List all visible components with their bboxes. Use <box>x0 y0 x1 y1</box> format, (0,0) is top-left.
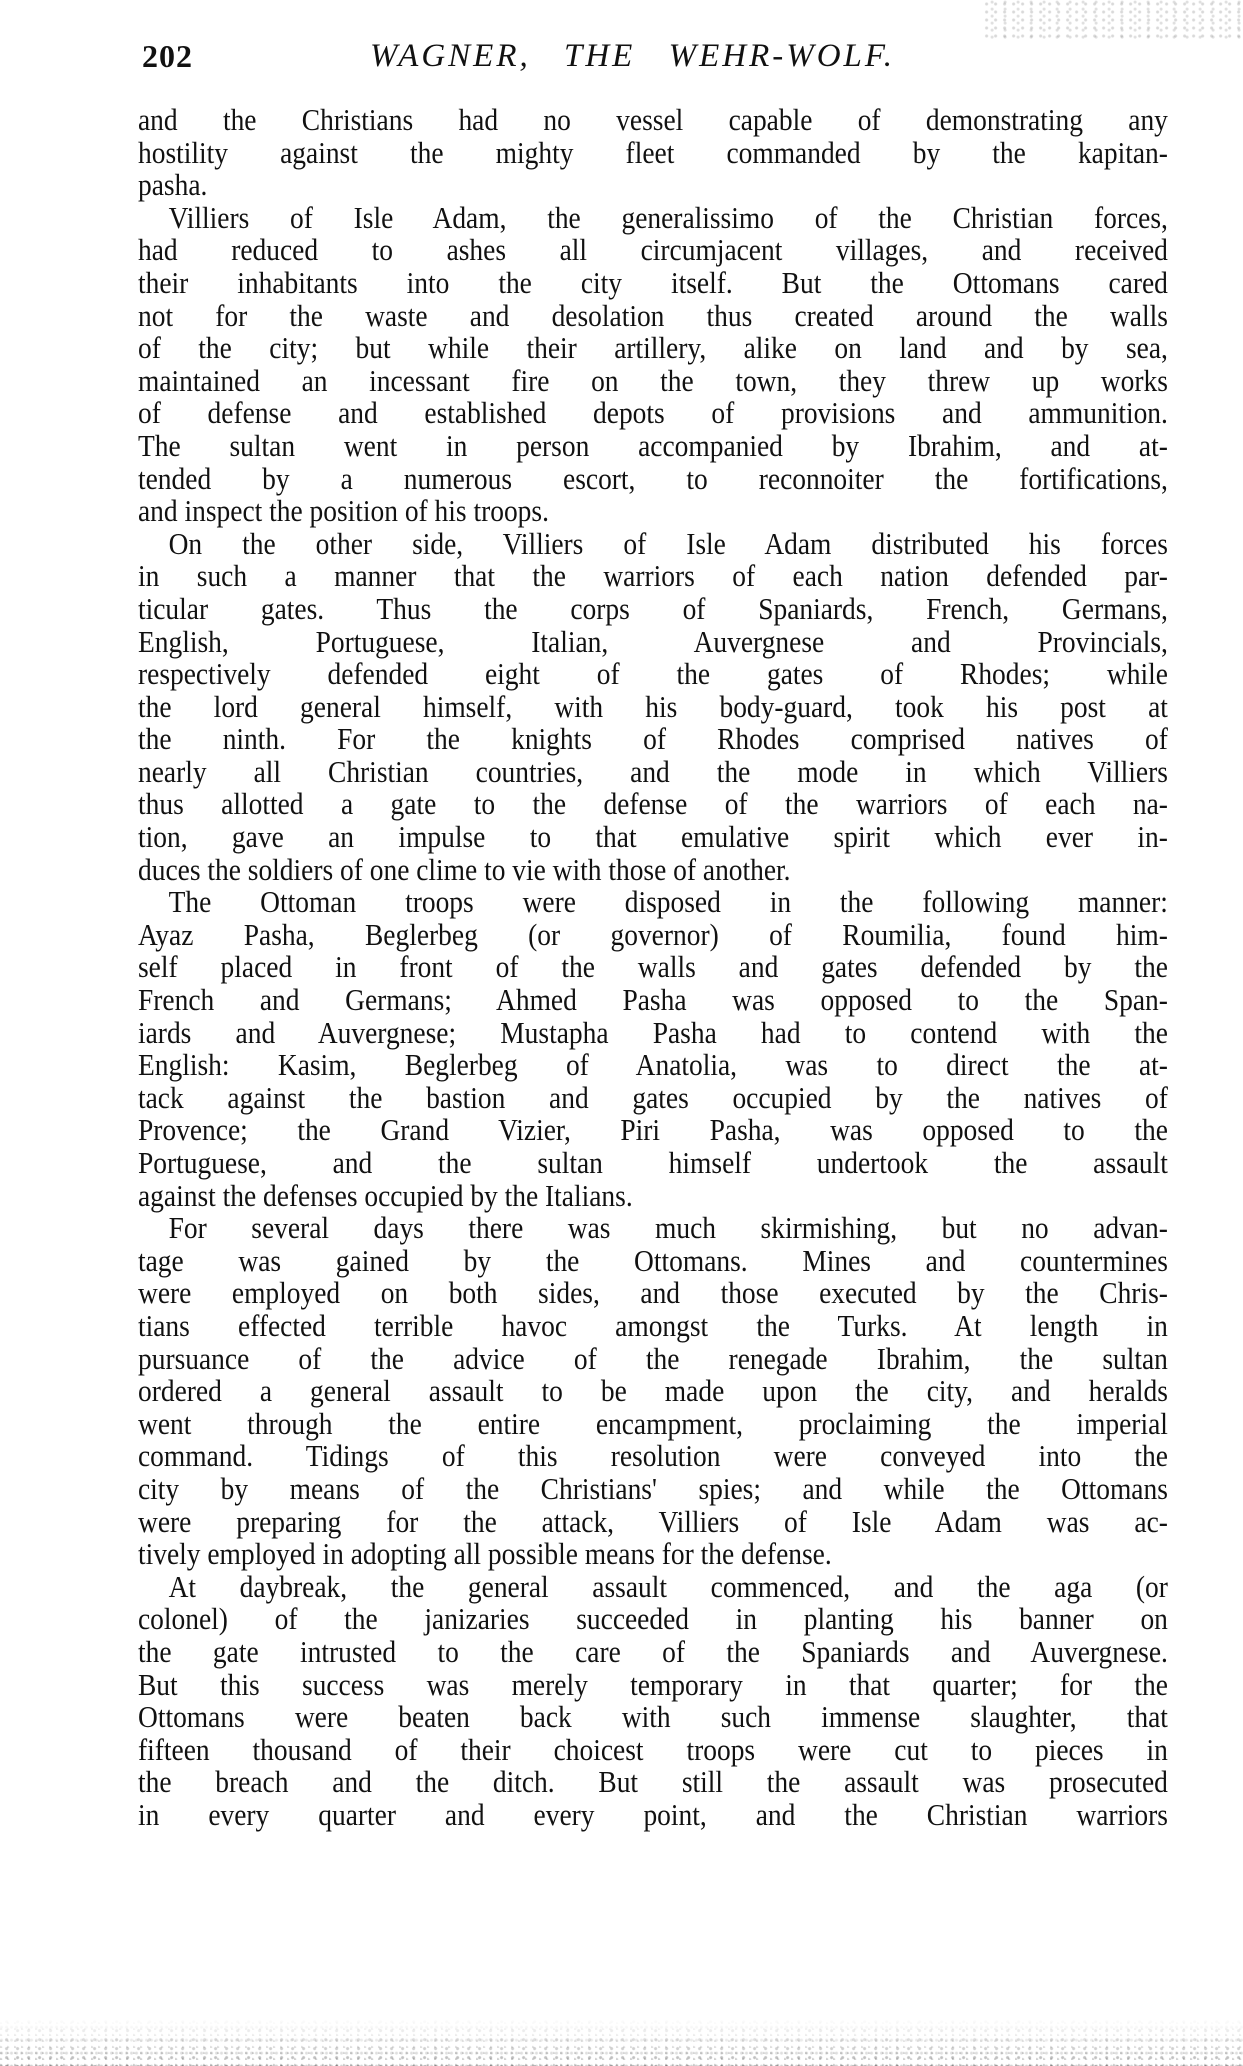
page-number: 202 <box>142 38 193 75</box>
text-line: English: Kasim, Beglerbeg of Anatolia, w… <box>138 1049 1168 1082</box>
text-line: of defense and established depots of pro… <box>138 397 1168 430</box>
paragraph: On the other side, Villiers of Isle Adam… <box>138 528 1168 887</box>
text-line: maintained an incessant fire on the town… <box>138 365 1168 398</box>
text-line: the breach and the ditch. But still the … <box>138 1766 1168 1799</box>
text-line: had reduced to ashes all circumjacent vi… <box>138 234 1168 267</box>
text-line: Portuguese, and the sultan himself under… <box>138 1147 1168 1180</box>
text-line: For several days there was much skirmish… <box>138 1212 1168 1245</box>
text-line: not for the waste and desolation thus cr… <box>138 300 1168 333</box>
text-line: fifteen thousand of their choicest troop… <box>138 1734 1168 1767</box>
text-line: tage was gained by the Ottomans. Mines a… <box>138 1245 1168 1278</box>
text-line: and inspect the position of his troops. <box>138 495 1168 528</box>
text-line: tively employed in adopting all possible… <box>138 1538 1168 1571</box>
text-line: duces the soldiers of one clime to vie w… <box>138 854 1168 887</box>
text-line: were preparing for the attack, Villiers … <box>138 1506 1168 1539</box>
paragraph: Villiers of Isle Adam, the generalissimo… <box>138 202 1168 528</box>
text-line: hostility against the mighty fleet comma… <box>138 137 1168 170</box>
page-header: 202 WAGNER, THE WEHR-WOLF. <box>142 38 1167 82</box>
text-line: the gate intrusted to the care of the Sp… <box>138 1636 1168 1669</box>
scan-artifact-bottom <box>0 2018 1243 2066</box>
text-line: self placed in front of the walls and ga… <box>138 951 1168 984</box>
text-line: tended by a numerous escort, to reconnoi… <box>138 463 1168 496</box>
text-line: in every quarter and every point, and th… <box>138 1799 1168 1832</box>
text-line: But this success was merely temporary in… <box>138 1669 1168 1702</box>
running-title: WAGNER, THE WEHR-WOLF. <box>370 38 895 75</box>
text-line: The Ottoman troops were disposed in the … <box>138 886 1168 919</box>
body-text: and the Christians had no vessel capable… <box>138 104 1168 1831</box>
text-line: their inhabitants into the city itself. … <box>138 267 1168 300</box>
text-line: went through the entire encampment, proc… <box>138 1408 1168 1441</box>
text-line: against the defenses occupied by the Ita… <box>138 1180 1168 1213</box>
text-line: of the city; but while their artillery, … <box>138 332 1168 365</box>
text-line: in such a manner that the warriors of ea… <box>138 560 1168 593</box>
paragraph: The Ottoman troops were disposed in the … <box>138 886 1168 1212</box>
text-line: Ottomans were beaten back with such imme… <box>138 1701 1168 1734</box>
text-line: At daybreak, the general assault commenc… <box>138 1571 1168 1604</box>
text-line: tion, gave an impulse to that emulative … <box>138 821 1168 854</box>
text-line: Ayaz Pasha, Beglerbeg (or governor) of R… <box>138 919 1168 952</box>
paragraph: and the Christians had no vessel capable… <box>138 104 1168 202</box>
text-line: city by means of the Christians' spies; … <box>138 1473 1168 1506</box>
text-line: tack against the bastion and gates occup… <box>138 1082 1168 1115</box>
text-line: Provence; the Grand Vizier, Piri Pasha, … <box>138 1114 1168 1147</box>
text-line: tians effected terrible havoc amongst th… <box>138 1310 1168 1343</box>
paragraph: For several days there was much skirmish… <box>138 1212 1168 1571</box>
paragraph: At daybreak, the general assault commenc… <box>138 1571 1168 1832</box>
text-line: iards and Auvergnese; Mustapha Pasha had… <box>138 1017 1168 1050</box>
text-line: the lord general himself, with his body-… <box>138 691 1168 724</box>
text-line: pursuance of the advice of the renegade … <box>138 1343 1168 1376</box>
text-line: pasha. <box>138 169 1168 202</box>
text-line: command. Tidings of this resolution were… <box>138 1440 1168 1473</box>
text-line: thus allotted a gate to the defense of t… <box>138 788 1168 821</box>
text-line: On the other side, Villiers of Isle Adam… <box>138 528 1168 561</box>
text-line: and the Christians had no vessel capable… <box>138 104 1168 137</box>
text-line: ticular gates. Thus the corps of Spaniar… <box>138 593 1168 626</box>
text-line: the ninth. For the knights of Rhodes com… <box>138 723 1168 756</box>
text-line: The sultan went in person accompanied by… <box>138 430 1168 463</box>
text-line: French and Germans; Ahmed Pasha was oppo… <box>138 984 1168 1017</box>
text-line: were employed on both sides, and those e… <box>138 1277 1168 1310</box>
scan-artifact-top <box>983 0 1243 40</box>
text-line: respectively defended eight of the gates… <box>138 658 1168 691</box>
text-line: English, Portuguese, Italian, Auvergnese… <box>138 626 1168 659</box>
text-line: colonel) of the janizaries succeeded in … <box>138 1603 1168 1636</box>
text-line: Villiers of Isle Adam, the generalissimo… <box>138 202 1168 235</box>
text-line: nearly all Christian countries, and the … <box>138 756 1168 789</box>
text-line: ordered a general assault to be made upo… <box>138 1375 1168 1408</box>
